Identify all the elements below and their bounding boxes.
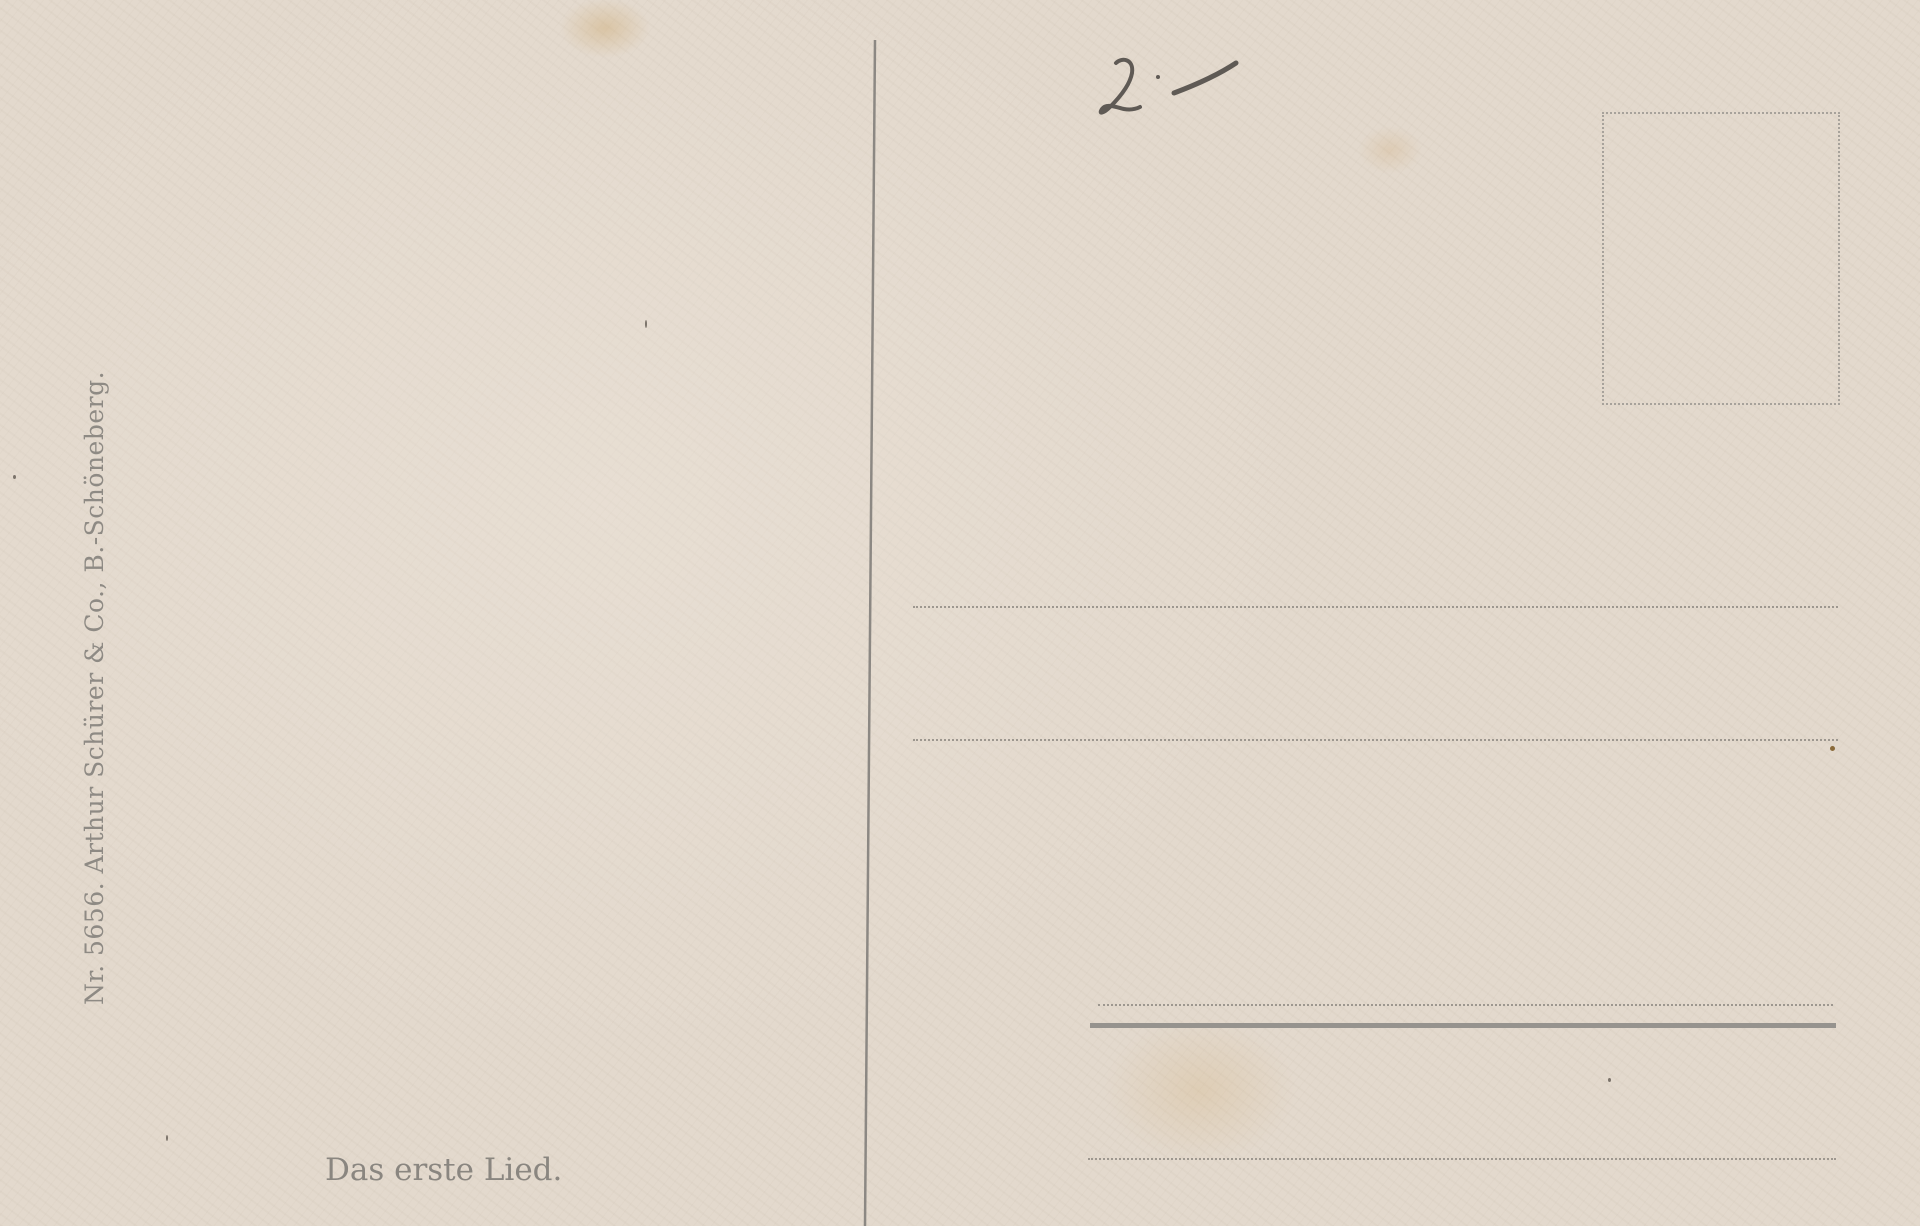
paper-speck [13, 475, 16, 479]
publisher-imprint: Nr. 5656. Arthur Schürer & Co., B.-Schön… [80, 371, 109, 1005]
paper-speck [645, 320, 647, 328]
paper-speck [166, 1135, 168, 1141]
address-line-1 [913, 606, 1838, 608]
paper-speck [1608, 1078, 1611, 1082]
address-line-4 [1088, 1158, 1836, 1160]
handwritten-price-mark: 2- [1090, 45, 1250, 125]
address-underline-solid [1090, 1023, 1836, 1028]
address-line-3 [1098, 1004, 1833, 1006]
card-title-caption: Das erste Lied. [325, 1152, 562, 1188]
stamp-placement-box [1602, 112, 1840, 405]
postcard-back: Nr. 5656. Arthur Schürer & Co., B.-Schön… [0, 0, 1920, 1226]
address-line-2 [913, 739, 1838, 741]
paper-speck [1830, 746, 1835, 751]
